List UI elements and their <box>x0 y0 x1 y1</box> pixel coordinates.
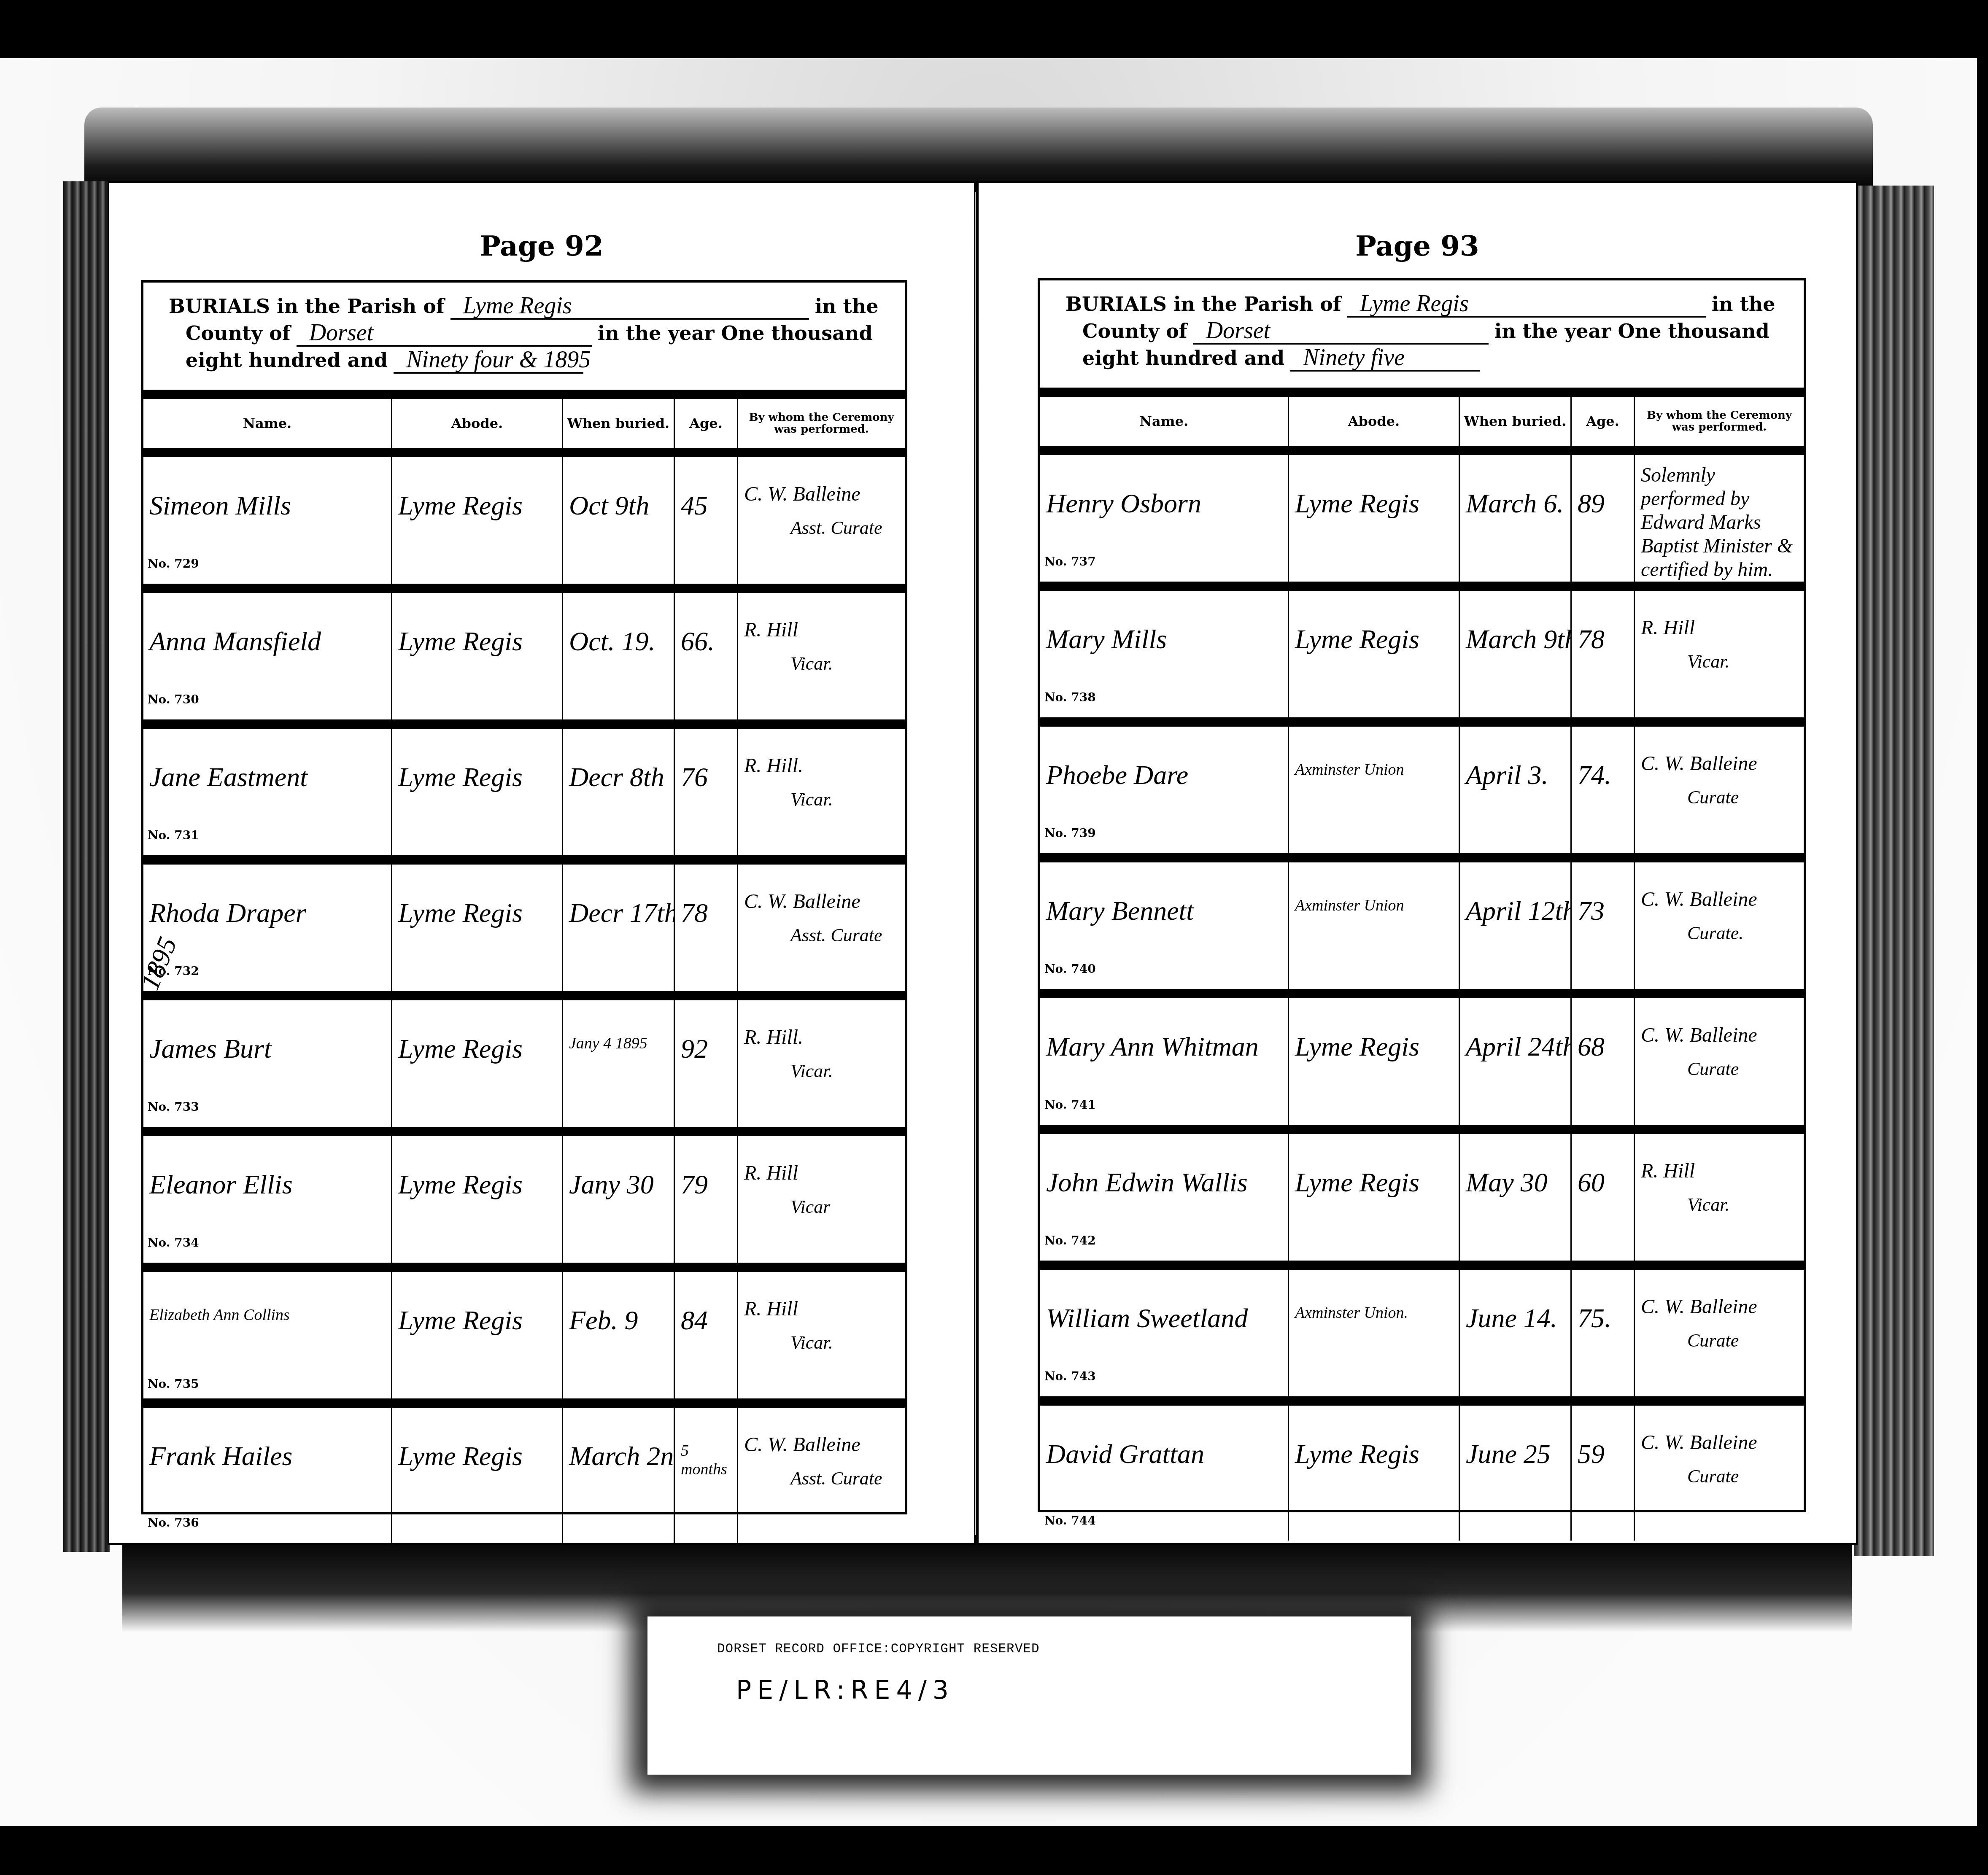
entry-abode: Lyme Regis <box>392 865 563 991</box>
entry-age: 45 <box>675 457 738 584</box>
entry-when-buried: March 2nd <box>563 1408 675 1543</box>
archive-reference: PE/LR:RE4/3 <box>736 1676 955 1705</box>
entry-number: No. 739 <box>1044 819 1096 848</box>
entry-officiant: C. W. Balleine <box>744 890 860 913</box>
burial-entry: Anna MansfieldNo. 730 Lyme Regis Oct. 19… <box>143 593 905 729</box>
entry-number: No. 741 <box>1044 1090 1096 1120</box>
entry-age: 75. <box>1572 1270 1635 1396</box>
entry-abode: Lyme Regis <box>1289 455 1460 582</box>
entry-name: Mary Ann Whitman <box>1046 1032 1259 1061</box>
burial-entry: Mary MillsNo. 738 Lyme Regis March 9th 7… <box>1040 591 1804 727</box>
heading-label: County of <box>186 320 291 347</box>
entry-number: No. 742 <box>1044 1226 1096 1255</box>
column-header-name: Name. <box>143 399 392 448</box>
entry-abode: Lyme Regis <box>1289 591 1460 717</box>
entry-officiant-title: Asst. Curate <box>744 924 901 947</box>
entry-officiant-title: Vicar. <box>744 1331 901 1355</box>
heading-label: in the year One thousand <box>598 320 873 347</box>
column-header-when-buried: When buried. <box>563 399 675 448</box>
register-page-right: Page 93 BURIALS in the Parish of Lyme Re… <box>978 181 1858 1545</box>
entry-officiant-title: Vicar. <box>744 652 901 676</box>
entry-officiant-title: Vicar. <box>1641 1193 1800 1217</box>
entry-number: No. 740 <box>1044 954 1096 984</box>
entry-name: Rhoda Draper <box>149 898 306 928</box>
heading-label: BURIALS in the Parish of <box>169 293 445 320</box>
heading-label: eight hundred and <box>1082 345 1284 372</box>
entry-abode: Lyme Regis <box>1289 998 1460 1125</box>
entry-when-buried: Decr 8th <box>563 729 675 855</box>
entry-when-buried: May 30 <box>1460 1134 1572 1261</box>
entry-abode: Axminster Union. <box>1289 1270 1460 1396</box>
page-number: Page 93 <box>979 229 1856 262</box>
entry-number: No. 744 <box>1044 1506 1096 1536</box>
entry-abode: Lyme Regis <box>1289 1406 1460 1541</box>
entry-officiant: R. Hill <box>1641 1160 1695 1182</box>
entry-age: 68 <box>1572 998 1635 1125</box>
entry-age: 84 <box>675 1272 738 1398</box>
burial-entry: Eleanor EllisNo. 734 Lyme Regis Jany 30 … <box>143 1136 905 1272</box>
entry-number: No. 733 <box>148 1092 199 1122</box>
entry-when-buried: Oct. 19. <box>563 593 675 719</box>
entry-name: Anna Mansfield <box>149 626 321 656</box>
heading-label: in the <box>1712 291 1775 318</box>
entry-name: James Burt <box>149 1034 272 1064</box>
entry-abode: Lyme Regis <box>1289 1134 1460 1261</box>
entry-name: Frank Hailes <box>149 1441 293 1471</box>
register-heading: BURIALS in the Parish of Lyme Regis in t… <box>1040 280 1804 397</box>
entry-number: No. 735 <box>148 1375 199 1393</box>
entry-officiant: Solemnly performed by Edward Marks Bapti… <box>1641 464 1793 581</box>
heading-label: BURIALS in the Parish of <box>1065 291 1341 318</box>
entry-officiant: R. Hill <box>744 1162 798 1184</box>
entry-name: Mary Bennett <box>1046 896 1194 926</box>
entry-officiant-title: Curate <box>1641 1465 1800 1488</box>
scan-border-top <box>0 0 1988 58</box>
entry-officiant: C. W. Balleine <box>744 483 860 505</box>
parish-field: Lyme Regis <box>1347 291 1706 318</box>
parish-field: Lyme Regis <box>450 294 809 320</box>
burial-entry: William SweetlandNo. 743 Axminster Union… <box>1040 1270 1804 1406</box>
entry-officiant-title: Curate. <box>1641 921 1800 945</box>
book-page-edges-left <box>63 181 110 1552</box>
entry-when-buried: April 3. <box>1460 727 1572 853</box>
entry-age: 59 <box>1572 1406 1635 1541</box>
burial-entry: Elizabeth Ann CollinsNo. 735 Lyme Regis … <box>143 1272 905 1408</box>
entry-number: No. 734 <box>148 1228 199 1258</box>
entry-officiant: R. Hill <box>1641 617 1695 639</box>
entry-age: 5 months <box>675 1408 738 1543</box>
entry-when-buried: Feb. 9 <box>563 1272 675 1398</box>
entry-officiant-title: Curate <box>1641 786 1800 809</box>
entry-officiant: R. Hill. <box>744 1026 803 1048</box>
year-field: Ninety five <box>1290 345 1480 372</box>
entry-officiant-title: Curate <box>1641 1329 1800 1352</box>
entry-number: No. 730 <box>148 685 199 714</box>
entry-officiant-title: Curate <box>1641 1057 1800 1081</box>
heading-label: County of <box>1082 318 1187 345</box>
column-header-age: Age. <box>1572 397 1635 446</box>
entry-officiant-title: Vicar <box>744 1195 901 1219</box>
entry-name: Jane Eastment <box>149 762 308 792</box>
entry-name: Simeon Mills <box>149 490 291 520</box>
entry-name: William Sweetland <box>1046 1303 1248 1333</box>
burial-entry: Simeon MillsNo. 729 Lyme Regis Oct 9th 4… <box>143 457 905 593</box>
entry-officiant: C. W. Balleine <box>1641 752 1757 775</box>
burial-entry: David GrattanNo. 744 Lyme Regis June 25 … <box>1040 1406 1804 1541</box>
column-header-name: Name. <box>1040 397 1289 446</box>
year-field: Ninety four & 1895 <box>394 348 583 374</box>
burial-entry: John Edwin WallisNo. 742 Lyme Regis May … <box>1040 1134 1804 1270</box>
entry-number: No. 736 <box>148 1508 199 1538</box>
entry-officiant: C. W. Balleine <box>744 1433 860 1456</box>
entry-name: Elizabeth Ann Collins <box>149 1306 290 1324</box>
entry-officiant: R. Hill <box>744 619 798 641</box>
entry-age: 74. <box>1572 727 1635 853</box>
burial-entry: James BurtNo. 733 Lyme Regis Jany 4 1895… <box>143 1000 905 1136</box>
entry-when-buried: June 14. <box>1460 1270 1572 1396</box>
entry-when-buried: March 9th <box>1460 591 1572 717</box>
entry-abode: Axminster Union <box>1289 862 1460 989</box>
page-number: Page 92 <box>109 229 974 262</box>
heading-label: in the year One thousand <box>1494 318 1770 345</box>
entry-number: No. 743 <box>1044 1362 1096 1391</box>
entry-abode: Lyme Regis <box>392 1136 563 1263</box>
entry-name: John Edwin Wallis <box>1046 1167 1248 1197</box>
archive-reference-card: DORSET RECORD OFFICE:COPYRIGHT RESERVED … <box>647 1616 1411 1775</box>
entry-when-buried: March 6. <box>1460 455 1572 582</box>
entry-officiant: C. W. Balleine <box>1641 888 1757 911</box>
entry-age: 78 <box>1572 591 1635 717</box>
entry-when-buried: June 25 <box>1460 1406 1572 1541</box>
burial-entry: Phoebe DareNo. 739 Axminster Union April… <box>1040 727 1804 862</box>
copyright-notice: DORSET RECORD OFFICE:COPYRIGHT RESERVED <box>717 1642 1040 1657</box>
burial-entry: Mary BennettNo. 740 Axminster Union Apri… <box>1040 862 1804 998</box>
burial-register-table: BURIALS in the Parish of Lyme Regis in t… <box>141 280 907 1514</box>
burial-entry: Rhoda DraperNo. 732 Lyme Regis Decr 17th… <box>143 865 905 1000</box>
entry-officiant: R. Hill <box>744 1298 798 1320</box>
entry-age: 92 <box>675 1000 738 1127</box>
column-header-when-buried: When buried. <box>1460 397 1572 446</box>
entry-when-buried: Jany 4 1895 <box>563 1000 675 1127</box>
register-page-left: Page 92 BURIALS in the Parish of Lyme Re… <box>108 181 975 1545</box>
entry-age: 79 <box>675 1136 738 1263</box>
entry-name: Mary Mills <box>1046 624 1167 654</box>
entry-officiant: C. W. Balleine <box>1641 1024 1757 1046</box>
entry-name: Henry Osborn <box>1046 488 1201 518</box>
burial-entry: Mary Ann WhitmanNo. 741 Lyme Regis April… <box>1040 998 1804 1134</box>
entry-abode: Axminster Union <box>1289 727 1460 853</box>
column-header-age: Age. <box>675 399 738 448</box>
burial-register-table: BURIALS in the Parish of Lyme Regis in t… <box>1038 278 1806 1512</box>
burial-entry: Frank HailesNo. 736 Lyme Regis March 2nd… <box>143 1408 905 1543</box>
column-header-abode: Abode. <box>1289 397 1460 446</box>
entry-age: 66. <box>675 593 738 719</box>
entry-abode: Lyme Regis <box>392 1408 563 1543</box>
entry-name: Eleanor Ellis <box>149 1169 293 1199</box>
register-heading: BURIALS in the Parish of Lyme Regis in t… <box>143 283 905 399</box>
entry-officiant-title: Vicar. <box>744 1059 901 1083</box>
entry-age: 76 <box>675 729 738 855</box>
entry-abode: Lyme Regis <box>392 593 563 719</box>
entry-officiant-title: Asst. Curate <box>744 1467 901 1490</box>
entry-name: Phoebe Dare <box>1046 760 1188 790</box>
column-headers: Name. Abode. When buried. Age. By whom t… <box>1040 397 1804 455</box>
entry-when-buried: April 24th <box>1460 998 1572 1125</box>
entry-number: No. 737 <box>1044 547 1096 577</box>
scan-border-right <box>1977 0 1988 1875</box>
entry-abode: Lyme Regis <box>392 729 563 855</box>
column-headers: Name. Abode. When buried. Age. By whom t… <box>143 399 905 457</box>
entry-when-buried: April 12th <box>1460 862 1572 989</box>
entry-officiant: C. W. Balleine <box>1641 1431 1757 1454</box>
entry-when-buried: Jany 30 <box>563 1136 675 1263</box>
book-binding-shadow-top <box>84 108 1873 192</box>
entry-name: David Grattan <box>1046 1439 1204 1469</box>
entry-when-buried: Decr 17th <box>563 865 675 991</box>
county-field: Dorset <box>1193 318 1489 345</box>
county-field: Dorset <box>297 321 592 347</box>
scan-border-bottom <box>0 1826 1988 1875</box>
entry-officiant-title: Asst. Curate <box>744 516 901 540</box>
entry-officiant: R. Hill. <box>744 754 803 777</box>
entry-number: No. 729 <box>148 549 199 579</box>
entry-age: 89 <box>1572 455 1635 582</box>
entry-number: No. 738 <box>1044 683 1096 712</box>
entry-number: No. 731 <box>148 821 199 850</box>
column-header-abode: Abode. <box>392 399 563 448</box>
book-page-edges-right <box>1854 186 1934 1556</box>
entry-abode: Lyme Regis <box>392 1000 563 1127</box>
entry-officiant: C. W. Balleine <box>1641 1296 1757 1318</box>
burial-entry: Jane EastmentNo. 731 Lyme Regis Decr 8th… <box>143 729 905 865</box>
entry-officiant-title: Vicar. <box>1641 650 1800 673</box>
column-header-officiant: By whom the Ceremony was performed. <box>1635 397 1804 446</box>
entry-abode: Lyme Regis <box>392 457 563 584</box>
column-header-officiant: By whom the Ceremony was performed. <box>738 399 905 448</box>
entry-when-buried: Oct 9th <box>563 457 675 584</box>
entry-officiant-title: Vicar. <box>744 788 901 811</box>
entry-abode: Lyme Regis <box>392 1272 563 1398</box>
heading-label: eight hundred and <box>186 347 388 374</box>
entry-age: 73 <box>1572 862 1635 989</box>
entry-age: 60 <box>1572 1134 1635 1261</box>
entry-age: 78 <box>675 865 738 991</box>
heading-label: in the <box>815 293 879 320</box>
burial-entry: Henry OsbornNo. 737 Lyme Regis March 6. … <box>1040 455 1804 591</box>
